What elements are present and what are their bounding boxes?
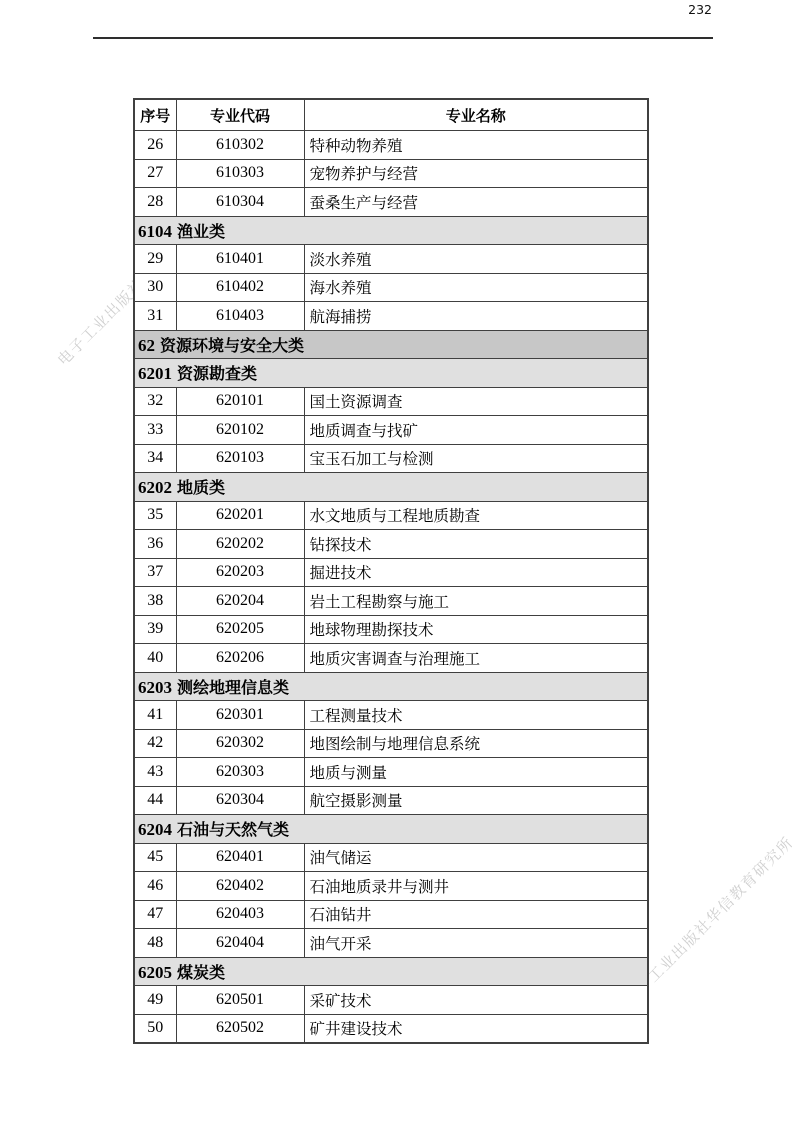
table-row-41: 41620301工程测量技术: [134, 701, 648, 730]
section-row-6202: 6202地质类: [134, 473, 648, 502]
major-code-cell: 620401: [176, 843, 304, 872]
section-code: 6104: [138, 222, 172, 241]
table-row-48: 48620404油气开采: [134, 929, 648, 958]
major-code-cell: 620502: [176, 1014, 304, 1043]
major-code-cell: 620102: [176, 416, 304, 445]
major-code-cell: 610304: [176, 188, 304, 217]
major-name-cell: 航海捕捞: [304, 302, 648, 331]
major-name-cell: 岩土工程勘察与施工: [304, 587, 648, 616]
table-row-39: 39620205地球物理勘探技术: [134, 615, 648, 644]
table-row-34: 34620103宝玉石加工与检测: [134, 444, 648, 473]
serial-number-cell: 44: [134, 786, 176, 815]
section-cell: 6205煤炭类: [134, 957, 648, 986]
serial-number-cell: 42: [134, 729, 176, 758]
major-name-cell: 地球物理勘探技术: [304, 615, 648, 644]
major-name-cell: 国土资源调查: [304, 387, 648, 416]
serial-number-cell: 30: [134, 273, 176, 302]
serial-number-cell: 28: [134, 188, 176, 217]
major-code-cell: 610302: [176, 131, 304, 160]
table-row-40: 40620206地质灾害调查与治理施工: [134, 644, 648, 673]
section-name: 测绘地理信息类: [177, 680, 289, 697]
section-row-6201: 6201资源勘查类: [134, 359, 648, 388]
table-row-29: 29610401淡水养殖: [134, 245, 648, 274]
section-row-6205: 6205煤炭类: [134, 957, 648, 986]
table-body: 26610302特种动物养殖27610303宠物养护与经营28610304蚕桑生…: [134, 131, 648, 1044]
section-row-6204: 6204石油与天然气类: [134, 815, 648, 844]
serial-number-cell: 35: [134, 501, 176, 530]
table-header: 序号 专业代码 专业名称: [134, 99, 648, 131]
table-row-31: 31610403航海捕捞: [134, 302, 648, 331]
table-row-37: 37620203掘进技术: [134, 558, 648, 587]
serial-number-cell: 50: [134, 1014, 176, 1043]
serial-number-cell: 26: [134, 131, 176, 160]
major-name-cell: 钻探技术: [304, 530, 648, 559]
table-row-44: 44620304航空摄影测量: [134, 786, 648, 815]
major-name-cell: 海水养殖: [304, 273, 648, 302]
section-cell: 6204石油与天然气类: [134, 815, 648, 844]
major-code-cell: 610403: [176, 302, 304, 331]
section-name: 资源环境与安全大类: [160, 338, 304, 355]
serial-number-cell: 48: [134, 929, 176, 958]
major-code-cell: 620204: [176, 587, 304, 616]
section-row-6104: 6104渔业类: [134, 216, 648, 245]
section-cell: 6201资源勘查类: [134, 359, 648, 388]
table-row-35: 35620201水文地质与工程地质勘查: [134, 501, 648, 530]
major-code-cell: 620501: [176, 986, 304, 1015]
major-name-cell: 石油钻井: [304, 900, 648, 929]
serial-number-cell: 46: [134, 872, 176, 901]
section-cell: 6203测绘地理信息类: [134, 672, 648, 701]
section-code: 6203: [138, 678, 172, 697]
header-row: 序号 专业代码 专业名称: [134, 99, 648, 131]
major-name-cell: 地质灾害调查与治理施工: [304, 644, 648, 673]
document-page: 电子工业出版社华信教育研究所 电子工业出版社华信教育研究所 232 序号 专业代…: [0, 0, 793, 1122]
serial-number-cell: 49: [134, 986, 176, 1015]
major-code-cell: 620403: [176, 900, 304, 929]
major-name-cell: 水文地质与工程地质勘查: [304, 501, 648, 530]
header-rule: [93, 37, 713, 39]
section-name: 地质类: [177, 480, 225, 497]
table-row-49: 49620501采矿技术: [134, 986, 648, 1015]
section-name: 煤炭类: [177, 965, 225, 982]
serial-number-cell: 43: [134, 758, 176, 787]
table-row-33: 33620102地质调查与找矿: [134, 416, 648, 445]
serial-number-cell: 40: [134, 644, 176, 673]
table-row-28: 28610304蚕桑生产与经营: [134, 188, 648, 217]
table-row-32: 32620101国土资源调查: [134, 387, 648, 416]
major-code-cell: 620205: [176, 615, 304, 644]
section-code: 6205: [138, 963, 172, 982]
header-major-name: 专业名称: [304, 99, 648, 131]
major-name-cell: 特种动物养殖: [304, 131, 648, 160]
major-code-cell: 620404: [176, 929, 304, 958]
major-name-cell: 油气开采: [304, 929, 648, 958]
serial-number-cell: 34: [134, 444, 176, 473]
major-name-cell: 航空摄影测量: [304, 786, 648, 815]
section-name: 资源勘查类: [177, 366, 257, 383]
table-row-46: 46620402石油地质录井与测井: [134, 872, 648, 901]
serial-number-cell: 29: [134, 245, 176, 274]
major-code-cell: 620304: [176, 786, 304, 815]
major-code-cell: 620101: [176, 387, 304, 416]
major-code-cell: 620202: [176, 530, 304, 559]
major-code-cell: 610402: [176, 273, 304, 302]
major-name-cell: 地质与测量: [304, 758, 648, 787]
serial-number-cell: 45: [134, 843, 176, 872]
section-cell: 62资源环境与安全大类: [134, 330, 648, 359]
major-name-cell: 地图绘制与地理信息系统: [304, 729, 648, 758]
major-name-cell: 蚕桑生产与经营: [304, 188, 648, 217]
table-row-45: 45620401油气储运: [134, 843, 648, 872]
table-row-50: 50620502矿井建设技术: [134, 1014, 648, 1043]
major-name-cell: 掘进技术: [304, 558, 648, 587]
table-row-38: 38620204岩土工程勘察与施工: [134, 587, 648, 616]
table-row-30: 30610402海水养殖: [134, 273, 648, 302]
major-code-cell: 610401: [176, 245, 304, 274]
serial-number-cell: 37: [134, 558, 176, 587]
table-row-43: 43620303地质与测量: [134, 758, 648, 787]
serial-number-cell: 36: [134, 530, 176, 559]
serial-number-cell: 33: [134, 416, 176, 445]
major-code-cell: 620201: [176, 501, 304, 530]
section-row-6203: 6203测绘地理信息类: [134, 672, 648, 701]
major-name-cell: 地质调查与找矿: [304, 416, 648, 445]
table-row-42: 42620302地图绘制与地理信息系统: [134, 729, 648, 758]
section-code: 6202: [138, 478, 172, 497]
major-name-cell: 宠物养护与经营: [304, 159, 648, 188]
major-name-cell: 采矿技术: [304, 986, 648, 1015]
serial-number-cell: 39: [134, 615, 176, 644]
major-code-cell: 620302: [176, 729, 304, 758]
serial-number-cell: 27: [134, 159, 176, 188]
section-row-62: 62资源环境与安全大类: [134, 330, 648, 359]
major-name-cell: 矿井建设技术: [304, 1014, 648, 1043]
major-code-cell: 620402: [176, 872, 304, 901]
header-serial-number: 序号: [134, 99, 176, 131]
major-code-cell: 620203: [176, 558, 304, 587]
serial-number-cell: 38: [134, 587, 176, 616]
serial-number-cell: 31: [134, 302, 176, 331]
section-code: 6201: [138, 364, 172, 383]
serial-number-cell: 47: [134, 900, 176, 929]
section-name: 渔业类: [177, 224, 225, 241]
major-name-cell: 石油地质录井与测井: [304, 872, 648, 901]
majors-table: 序号 专业代码 专业名称 26610302特种动物养殖27610303宠物养护与…: [133, 98, 649, 1044]
major-name-cell: 油气储运: [304, 843, 648, 872]
header-major-code: 专业代码: [176, 99, 304, 131]
section-cell: 6104渔业类: [134, 216, 648, 245]
serial-number-cell: 32: [134, 387, 176, 416]
major-code-cell: 610303: [176, 159, 304, 188]
major-code-cell: 620303: [176, 758, 304, 787]
table-row-27: 27610303宠物养护与经营: [134, 159, 648, 188]
major-code-cell: 620103: [176, 444, 304, 473]
major-name-cell: 宝玉石加工与检测: [304, 444, 648, 473]
section-name: 石油与天然气类: [177, 822, 289, 839]
section-code: 62: [138, 336, 155, 355]
table-row-26: 26610302特种动物养殖: [134, 131, 648, 160]
section-cell: 6202地质类: [134, 473, 648, 502]
page-number: 232: [688, 2, 712, 17]
major-code-cell: 620301: [176, 701, 304, 730]
serial-number-cell: 41: [134, 701, 176, 730]
major-name-cell: 淡水养殖: [304, 245, 648, 274]
table-row-47: 47620403石油钻井: [134, 900, 648, 929]
major-code-cell: 620206: [176, 644, 304, 673]
table-row-36: 36620202钻探技术: [134, 530, 648, 559]
section-code: 6204: [138, 820, 172, 839]
major-name-cell: 工程测量技术: [304, 701, 648, 730]
